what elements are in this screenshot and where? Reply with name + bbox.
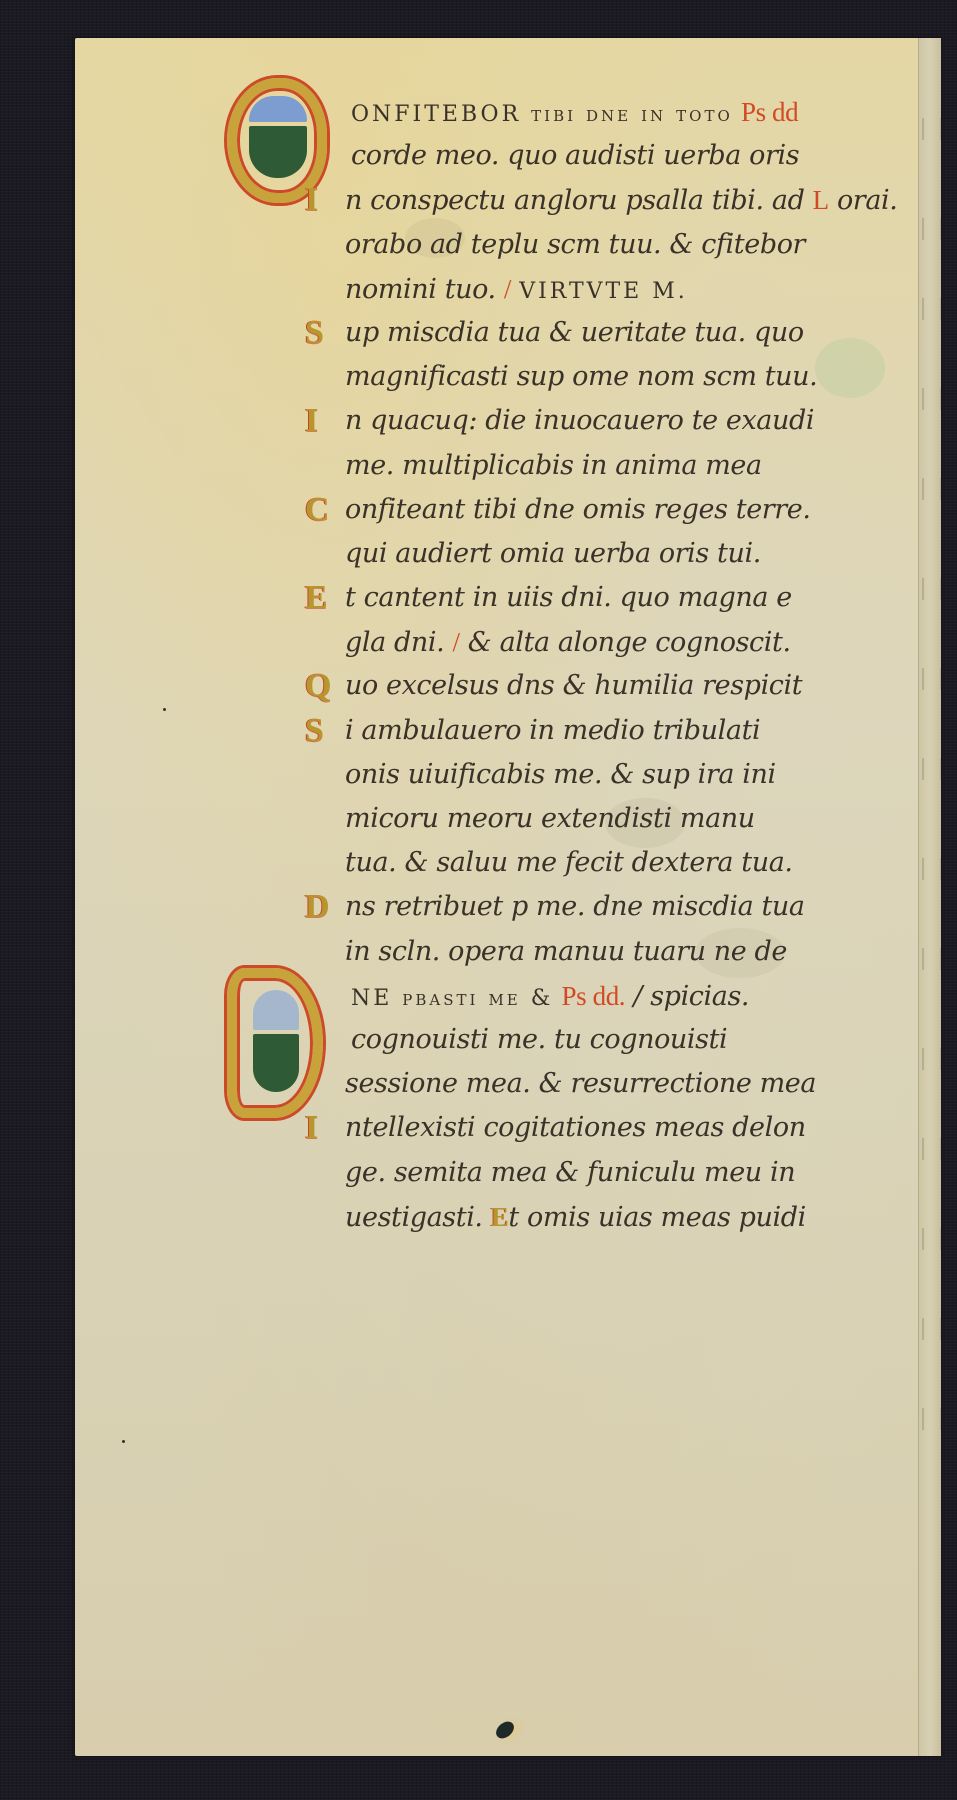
- line-text: ONFITEBOR tibi dne in toto: [351, 102, 733, 127]
- line-text: n conspectu angloru psalla tibi. ad: [345, 185, 804, 216]
- manuscript-line: ONFITEBOR tibi dne in toto Ps dd: [227, 90, 867, 134]
- manuscript-line: qui audiert omia uerba oris tui.: [227, 532, 867, 576]
- manuscript-line: tua. & saluu me fecit dextera tua.: [227, 841, 867, 885]
- line-text-after: orai.: [837, 185, 897, 216]
- line-text: uestigasti.: [345, 1202, 483, 1233]
- line-text-after: / spicias.: [633, 981, 749, 1012]
- line-text: corde meo. quo audisti uerba oris: [351, 134, 799, 178]
- manuscript-line: D ns retribuet p me. dne miscdia tua: [227, 885, 867, 929]
- manuscript-line: ge. semita mea & funiculu meu in: [227, 1151, 867, 1195]
- line-text: cognouisti me. tu cognouisti: [351, 1018, 727, 1062]
- line-text: uo excelsus dns & humilia respicit: [345, 664, 802, 708]
- line-text: i ambulauero in medio tribulati: [345, 709, 760, 753]
- initial-letter: S: [305, 709, 324, 753]
- line-text: onfiteant tibi dne omis reges terre.: [345, 488, 811, 532]
- rubric-mark: /: [504, 274, 511, 304]
- manuscript-line: uestigasti. Et omis uias meas puidi: [227, 1195, 867, 1239]
- line-text: onis uiuificabis me. & sup ira ini: [345, 753, 776, 797]
- initial-letter: I: [305, 399, 318, 443]
- initial-letter: I: [305, 1106, 318, 1150]
- line-text: sessione mea. & resurrectione mea: [345, 1062, 816, 1106]
- line-text: t cantent in uiis dni. quo magna e: [345, 576, 792, 620]
- line-text: micoru meoru extendisti manu: [345, 797, 755, 841]
- manuscript-line: in scln. opera manuu tuaru ne de: [227, 930, 867, 974]
- adjacent-page-edge: [918, 38, 941, 1756]
- manuscript-line: cognouisti me. tu cognouisti: [227, 1018, 867, 1062]
- manuscript-line: micoru meoru extendisti manu: [227, 797, 867, 841]
- line-text: in scln. opera manuu tuaru ne de: [345, 930, 787, 974]
- initial-letter: Q: [305, 664, 331, 708]
- manuscript-line: gla dni. / & alta alonge cognoscit.: [227, 620, 867, 664]
- rubric-mark: L: [813, 185, 829, 215]
- rubric-psalm-marker: Ps dd: [741, 97, 798, 127]
- line-text: magnificasti sup ome nom scm tuu.: [345, 355, 817, 399]
- rubric-psalm-marker: Ps dd.: [562, 981, 626, 1011]
- initial-letter: C: [305, 488, 329, 532]
- initial-letter: S: [305, 311, 324, 355]
- line-text: tua. & saluu me fecit dextera tua.: [345, 841, 793, 885]
- inline-initial: E: [491, 1202, 509, 1232]
- manuscript-line: E t cantent in uiis dni. quo magna e: [227, 576, 867, 620]
- line-text-after: VIRTVTE M.: [519, 279, 688, 304]
- initial-letter: E: [305, 576, 327, 620]
- rubric-mark: /: [452, 627, 459, 657]
- line-text: ns retribuet p me. dne miscdia tua: [345, 885, 805, 929]
- manuscript-line: NE pbasti me & Ps dd. / spicias.: [227, 974, 867, 1018]
- manuscript-line: sessione mea. & resurrectione mea: [227, 1062, 867, 1106]
- speck: [122, 1440, 125, 1443]
- manuscript-line: I n quacuq: die inuocauero te exaudi: [227, 399, 867, 443]
- manuscript-line: I n conspectu angloru psalla tibi. ad L …: [227, 178, 867, 222]
- manuscript-line: Q uo excelsus dns & humilia respicit: [227, 664, 867, 708]
- line-text: NE pbasti me &: [351, 986, 553, 1011]
- line-text: ge. semita mea & funiculu meu in: [345, 1151, 795, 1195]
- line-text: qui audiert omia uerba oris tui.: [345, 532, 761, 576]
- line-text: gla dni.: [345, 627, 444, 658]
- line-text-after: t omis uias meas puidi: [508, 1202, 805, 1233]
- manuscript-line: C onfiteant tibi dne omis reges terre.: [227, 488, 867, 532]
- line-text: n quacuq: die inuocauero te exaudi: [345, 399, 814, 443]
- line-text: ntellexisti cogitationes meas delon: [345, 1106, 806, 1150]
- manuscript-line: corde meo. quo audisti uerba oris: [227, 134, 867, 178]
- manuscript-line: I ntellexisti cogitationes meas delon: [227, 1106, 867, 1150]
- initial-letter: I: [305, 178, 318, 222]
- line-text: orabo ad teplu scm tuu. & cfitebor: [345, 223, 805, 267]
- manuscript-line: S i ambulauero in medio tribulati: [227, 709, 867, 753]
- manuscript-line: magnificasti sup ome nom scm tuu.: [227, 355, 867, 399]
- manuscript-line: nomini tuo. / VIRTVTE M.: [227, 267, 867, 311]
- line-text: up miscdia tua & ueritate tua. quo: [345, 311, 804, 355]
- manuscript-line: me. multiplicabis in anima mea: [227, 444, 867, 488]
- line-text: me. multiplicabis in anima mea: [345, 444, 762, 488]
- text-column: ONFITEBOR tibi dne in toto Ps dd corde m…: [227, 90, 867, 1239]
- line-text: nomini tuo.: [345, 274, 496, 305]
- manuscript-line: onis uiuificabis me. & sup ira ini: [227, 753, 867, 797]
- line-text-after: & alta alonge cognoscit.: [468, 627, 791, 658]
- manuscript-line: S up miscdia tua & ueritate tua. quo: [227, 311, 867, 355]
- speck: [163, 708, 166, 711]
- manuscript-line: orabo ad teplu scm tuu. & cfitebor: [227, 223, 867, 267]
- manuscript-page: ONFITEBOR tibi dne in toto Ps dd corde m…: [75, 38, 941, 1756]
- parchment-hole: [493, 1718, 517, 1742]
- initial-letter: D: [305, 885, 329, 929]
